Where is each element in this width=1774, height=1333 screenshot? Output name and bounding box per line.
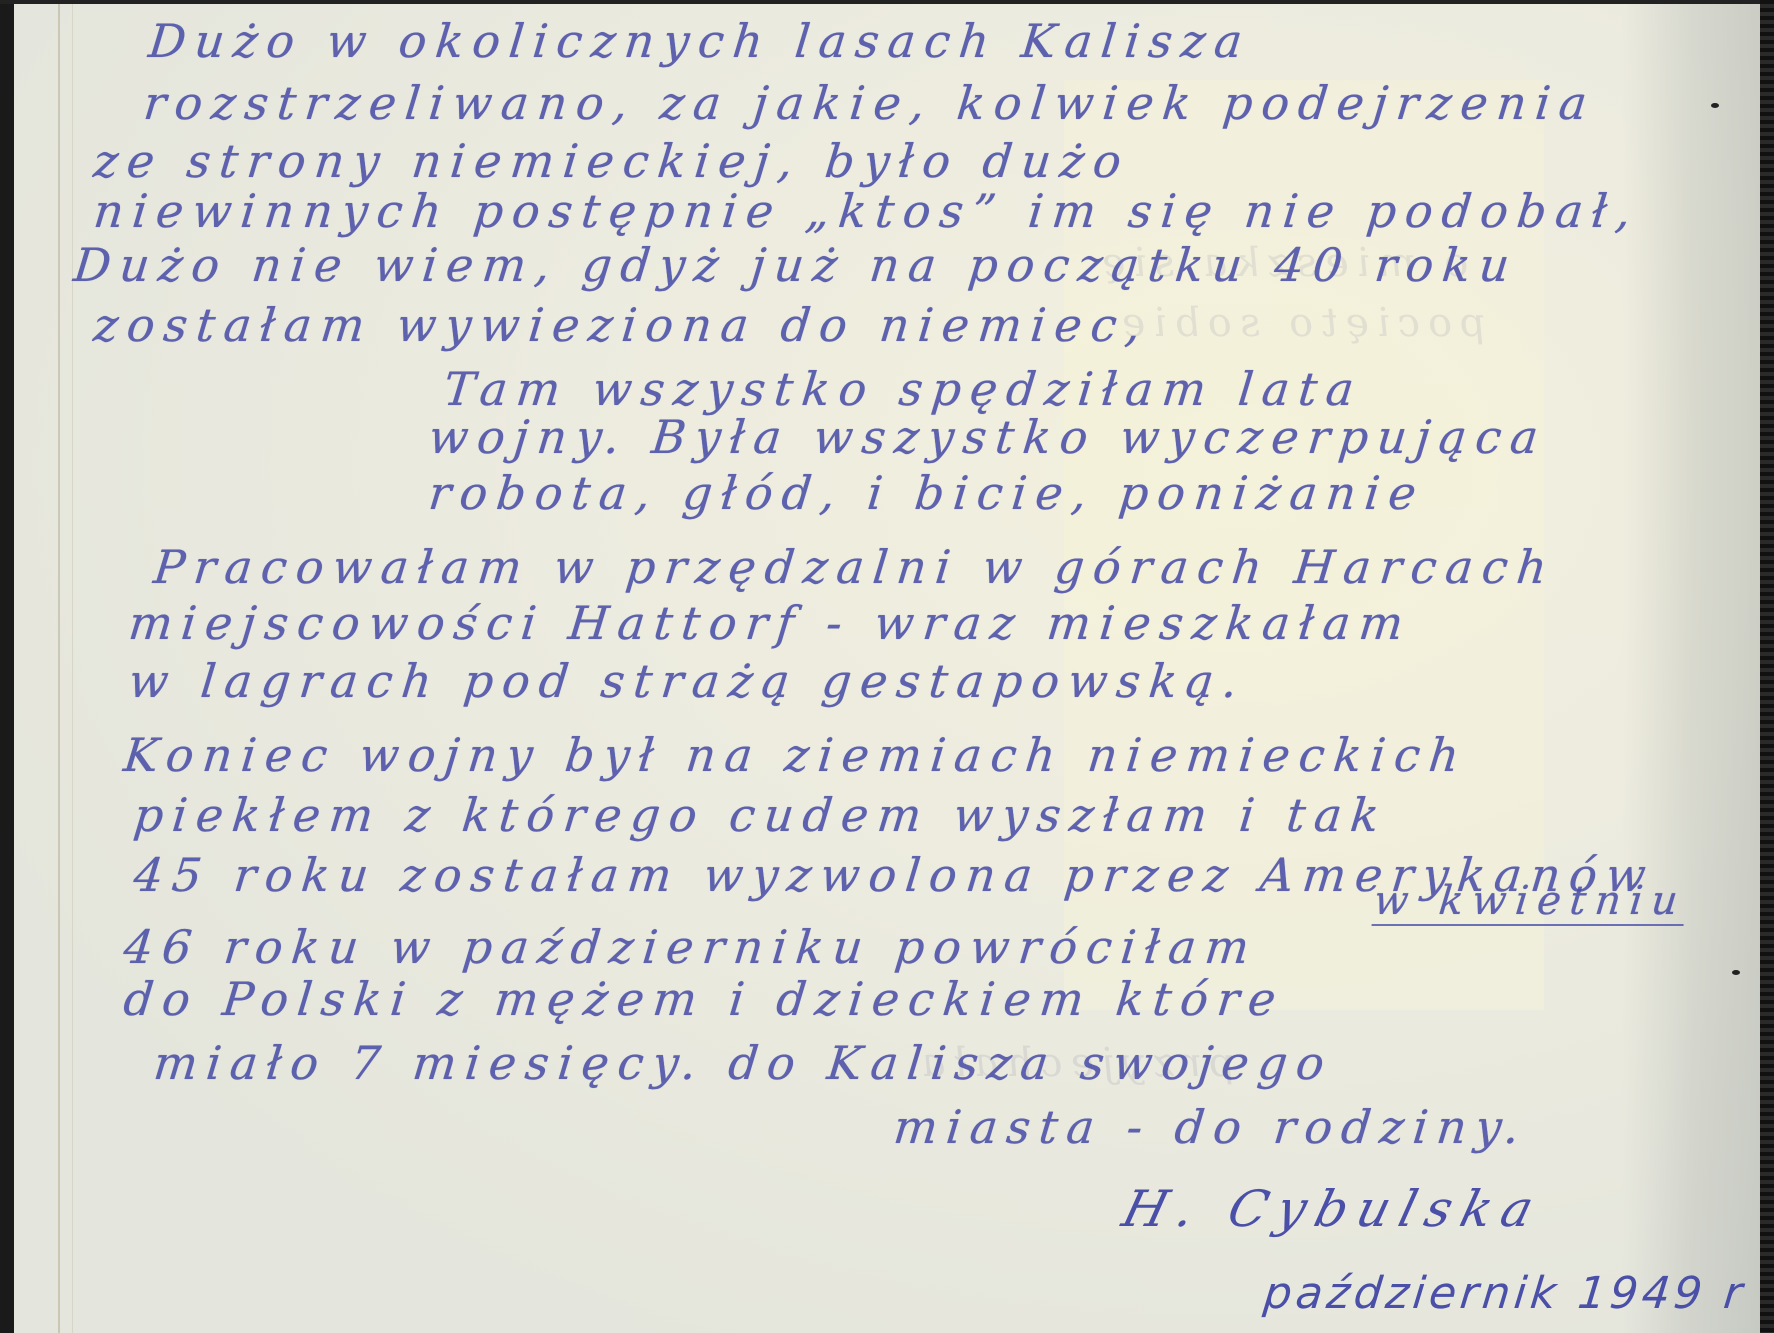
ink-spot (1711, 103, 1719, 108)
letter-line-9: robota, głód, i bicie, poniżanie (426, 466, 1428, 520)
date-line: październik 1949 r (1261, 1268, 1748, 1319)
bleed-through-text: pocięto sobie (1112, 300, 1489, 346)
letter-line-3: ze strony niemieckiej, było dużo (91, 134, 1133, 188)
letter-line-8: wojny. Była wszystko wyczerpująca (426, 410, 1550, 464)
scan-border-top (0, 0, 1774, 4)
letter-line-19: miasta - do rodziny. (891, 1100, 1531, 1154)
ink-spot (1732, 970, 1740, 975)
letter-line-16: 46 roku w październiku powróciłam (121, 920, 1260, 974)
letter-line-4: niewinnych postępnie „ktos” im się nie p… (91, 184, 1642, 238)
letter-line-12: w lagrach pod strażą gestapowską. (126, 654, 1249, 708)
letter-line-1: Dużo w okolicznych lasach Kalisza (146, 14, 1254, 68)
letter-line-6: zostałam wywieziona do niemiec, (91, 298, 1152, 352)
paper-fold-line (58, 0, 60, 1333)
letter-line-10: Pracowałam w przędzalni w górach Harcach (151, 540, 1558, 594)
letter-line-13: Koniec wojny był na ziemiach niemieckich (121, 728, 1470, 782)
letter-line-14: piekłem z którego cudem wyszłam i tak (131, 788, 1390, 842)
signature: H. Cybulska (1117, 1180, 1549, 1238)
letter-line-7: Tam wszystko spędziłam lata (441, 362, 1365, 416)
paper-torn-edge (1760, 0, 1774, 1333)
letter-line-5: Dużo nie wiem, gdyż już na początku 40 r… (71, 238, 1521, 292)
letter-line-2: rozstrzeliwano, za jakie, kolwiek podejr… (141, 76, 1598, 130)
letter-line-18: miało 7 miesięcy. do Kalisza swojego (151, 1036, 1336, 1090)
paper-fold-line-secondary (72, 0, 73, 1333)
underlined-insert-april: w kwietniu (1371, 878, 1688, 926)
letter-line-11: miejscowości Hattorf - wraz mieszkałam (126, 596, 1415, 650)
letter-paper: o mieszka się pocięto sobie przyjechała … (14, 0, 1762, 1333)
letter-line-17: do Polski z mężem i dzieckiem które (121, 972, 1287, 1026)
